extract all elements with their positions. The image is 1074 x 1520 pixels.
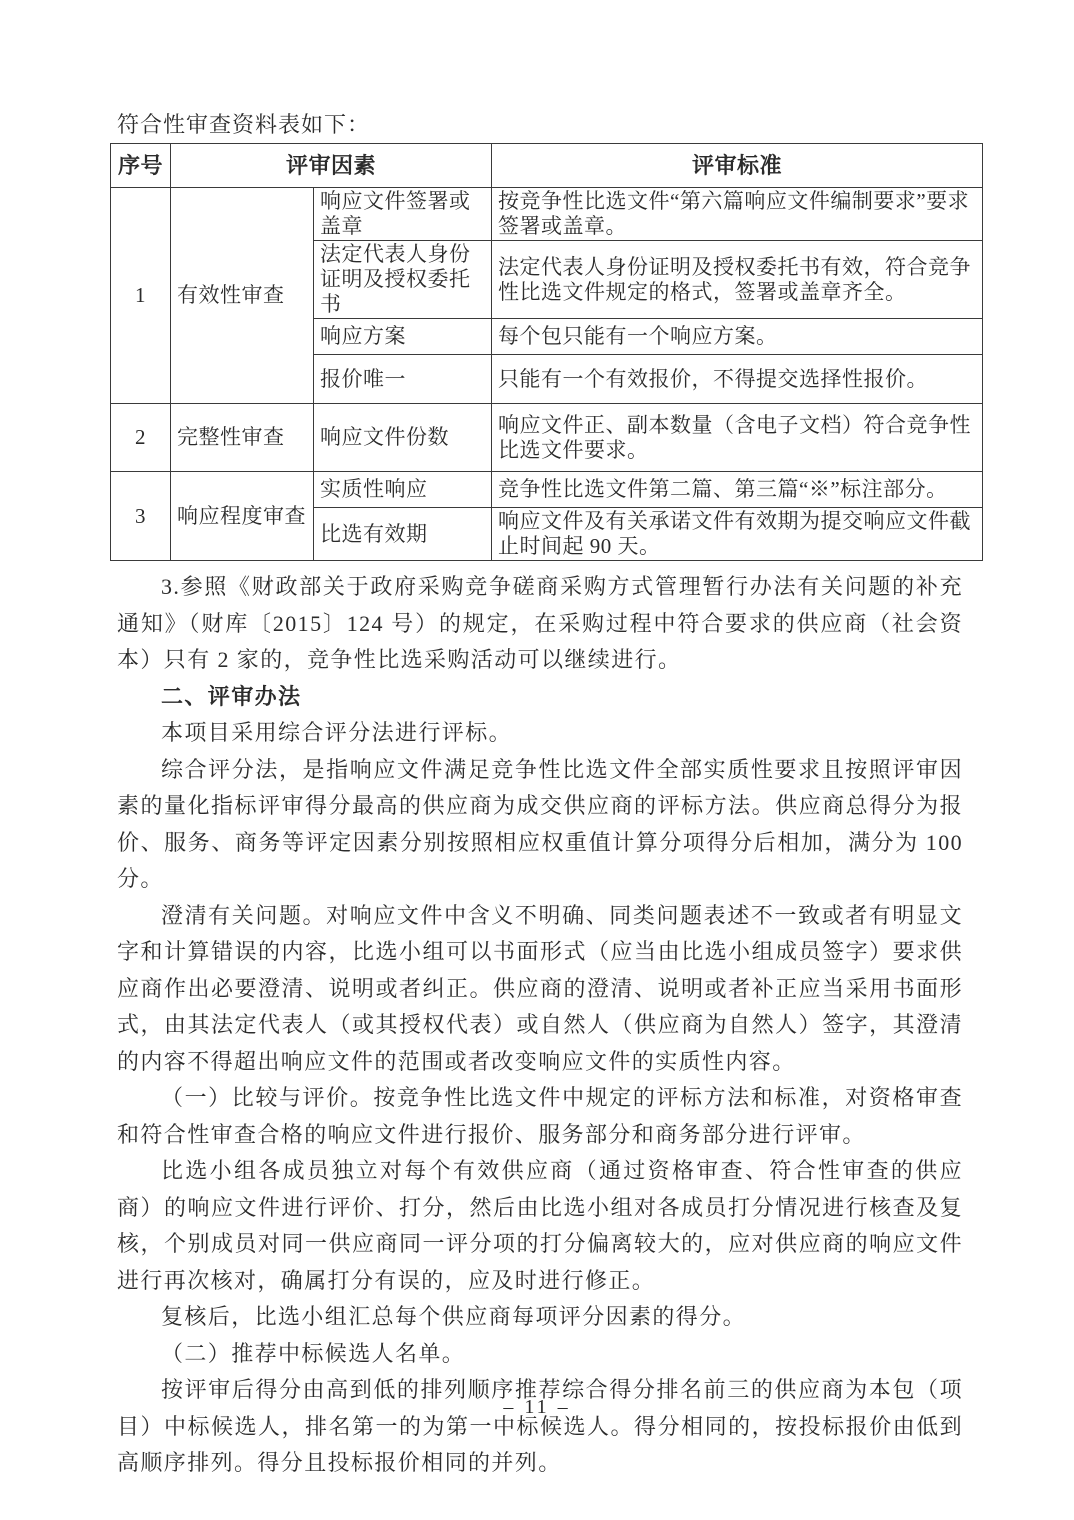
paragraph-method-detail: 综合评分法，是指响应文件满足竞争性比选文件全部实质性要求且按照评审因素的量化指标… xyxy=(117,752,963,898)
paragraph-recommend-title: （二）推荐中标候选人名单。 xyxy=(117,1336,963,1373)
category-cell: 响应程度审查 xyxy=(171,472,314,561)
compliance-review-table: 序号 评审因素 评审标准 1 有效性审查 响应文件签署或盖章 按竞争性比选文件“… xyxy=(110,143,983,561)
col-header-factor: 评审因素 xyxy=(171,144,492,188)
factor-cell: 响应方案 xyxy=(314,319,492,355)
standard-cell: 每个包只能有一个响应方案。 xyxy=(492,319,983,355)
paragraph-supplement-notice: 3.参照《财政部关于政府采购竞争磋商采购方式管理暂行办法有关问题的补充通知》（财… xyxy=(117,569,963,679)
standard-cell: 响应文件及有关承诺文件有效期为提交响应文件截止时间起 90 天。 xyxy=(492,508,983,561)
serial-cell: 1 xyxy=(111,188,171,404)
standard-cell: 竞争性比选文件第二篇、第三篇“※”标注部分。 xyxy=(492,472,983,508)
paragraph-compare-evaluate: （一）比较与评价。按竞争性比选文件中规定的评标方法和标准，对资格审查和符合性审查… xyxy=(117,1080,963,1153)
table-header-row: 序号 评审因素 评审标准 xyxy=(111,144,983,188)
standard-cell: 响应文件正、副本数量（含电子文档）符合竞争性比选文件要求。 xyxy=(492,404,983,472)
factor-cell: 响应文件份数 xyxy=(314,404,492,472)
table-row: 1 有效性审查 响应文件签署或盖章 按竞争性比选文件“第六篇响应文件编制要求”要… xyxy=(111,188,983,241)
paragraph-recommend-detail: 按评审后得分由高到低的排列顺序推荐综合得分排名前三的供应商为本包（项目）中标候选… xyxy=(117,1372,963,1482)
standard-cell: 按竞争性比选文件“第六篇响应文件编制要求”要求签署或盖章。 xyxy=(492,188,983,241)
body-text: 3.参照《财政部关于政府采购竞争磋商采购方式管理暂行办法有关问题的补充通知》（财… xyxy=(117,569,963,1482)
document-page: 符合性审查资料表如下： 序号 评审因素 评审标准 1 有效性审查 响应文件签署或… xyxy=(0,0,1074,1520)
table-row: 2 完整性审查 响应文件份数 响应文件正、副本数量（含电子文档）符合竞争性比选文… xyxy=(111,404,983,472)
page-number: – 11 – xyxy=(0,1396,1074,1419)
col-header-standard: 评审标准 xyxy=(492,144,983,188)
table-caption: 符合性审查资料表如下： xyxy=(117,108,982,141)
serial-cell: 3 xyxy=(111,472,171,561)
category-cell: 完整性审查 xyxy=(171,404,314,472)
factor-cell: 法定代表人身份证明及授权委托书 xyxy=(314,241,492,319)
factor-cell: 响应文件签署或盖章 xyxy=(314,188,492,241)
factor-cell: 报价唯一 xyxy=(314,355,492,404)
paragraph-method-intro: 本项目采用综合评分法进行评标。 xyxy=(117,715,963,752)
col-header-serial: 序号 xyxy=(111,144,171,188)
factor-cell: 实质性响应 xyxy=(314,472,492,508)
table-row: 3 响应程度审查 实质性响应 竞争性比选文件第二篇、第三篇“※”标注部分。 xyxy=(111,472,983,508)
standard-cell: 只能有一个有效报价，不得提交选择性报价。 xyxy=(492,355,983,404)
category-cell: 有效性审查 xyxy=(171,188,314,404)
paragraph-scoring-process: 比选小组各成员独立对每个有效供应商（通过资格审查、符合性审查的供应商）的响应文件… xyxy=(117,1153,963,1299)
standard-cell: 法定代表人身份证明及授权委托书有效，符合竞争性比选文件规定的格式，签署或盖章齐全… xyxy=(492,241,983,319)
page-content: 符合性审查资料表如下： 序号 评审因素 评审标准 1 有效性审查 响应文件签署或… xyxy=(110,108,982,1482)
factor-cell: 比选有效期 xyxy=(314,508,492,561)
serial-cell: 2 xyxy=(111,404,171,472)
section-heading-review-method: 二、评审办法 xyxy=(117,679,963,716)
paragraph-score-summary: 复核后，比选小组汇总每个供应商每项评分因素的得分。 xyxy=(117,1299,963,1336)
paragraph-clarification: 澄清有关问题。对响应文件中含义不明确、同类问题表述不一致或者有明显文字和计算错误… xyxy=(117,898,963,1081)
